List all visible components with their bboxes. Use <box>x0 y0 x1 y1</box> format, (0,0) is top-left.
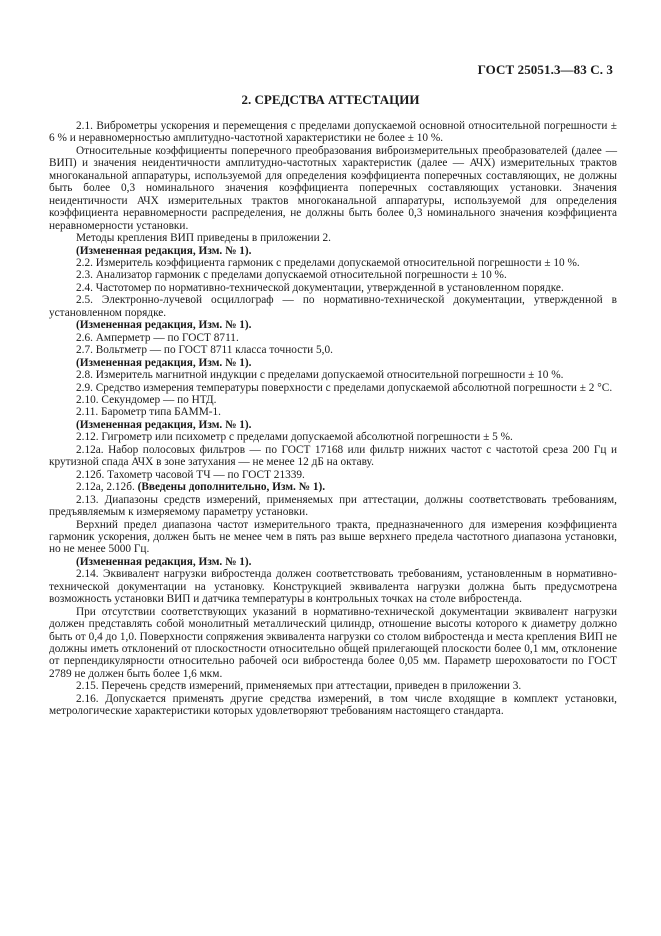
amendment-note: (Измененная редакция, Изм. № 1). <box>49 419 617 431</box>
paragraph: 2.5. Электронно-лучевой осциллограф — по… <box>49 294 617 319</box>
amendment-note: (Измененная редакция, Изм. № 1). <box>49 357 617 369</box>
paragraph: 2.16. Допускается применять другие средс… <box>49 693 617 718</box>
paragraph: 2.2. Измеритель коэффициента гармоник с … <box>49 257 617 269</box>
paragraph: 2.10. Секундомер — по НТД. <box>49 394 617 406</box>
paragraph: 2.4. Частотомер по нормативно-техническо… <box>49 282 617 294</box>
paragraph: 2.8. Измеритель магнитной индукции с пре… <box>49 369 617 381</box>
paragraph: 2.12а. Набор полосовых фильтров — по ГОС… <box>49 444 617 469</box>
paragraph: 2.12. Гигрометр или психометр с пределам… <box>49 431 617 443</box>
paragraph: 2.1. Виброметры ускорения и перемещения … <box>49 120 617 145</box>
paragraph: 2.15. Перечень средств измерений, примен… <box>49 680 617 692</box>
amendment-note: (Измененная редакция, Изм. № 1). <box>49 556 617 568</box>
paragraph: Методы крепления ВИП приведены в приложе… <box>49 232 617 244</box>
paragraph: Относительные коэффициенты поперечного п… <box>49 145 617 232</box>
paragraph: 2.3. Анализатор гармоник с пределами доп… <box>49 269 617 281</box>
document-page: ГОСТ 25051.3—83 С. 3 2. СРЕДСТВА АТТЕСТА… <box>0 0 661 936</box>
paragraph: 2.12б. Тахометр часовой ТЧ — по ГОСТ 213… <box>49 469 617 481</box>
amendment-note: (Измененная редакция, Изм. № 1). <box>49 245 617 257</box>
paragraph: 2.11. Барометр типа БАММ-1. <box>49 406 617 418</box>
amendment-note: (Введены дополнительно, Изм. № 1). <box>138 481 325 493</box>
paragraph: 2.7. Вольтметр — по ГОСТ 8711 класса точ… <box>49 344 617 356</box>
paragraph: 2.9. Средство измерения температуры пове… <box>49 382 617 394</box>
amendment-note: (Измененная редакция, Изм. № 1). <box>49 319 617 331</box>
document-body: 2.1. Виброметры ускорения и перемещения … <box>49 120 617 718</box>
clause-ref: 2.12а, 2.12б. <box>76 481 138 493</box>
paragraph: 2.14. Эквивалент нагрузки вибростенда до… <box>49 568 617 605</box>
section-title: 2. СРЕДСТВА АТТЕСТАЦИИ <box>0 92 661 108</box>
paragraph: Верхний предел диапазона частот измерите… <box>49 519 617 556</box>
paragraph: 2.12а, 2.12б. (Введены дополнительно, Из… <box>49 481 617 493</box>
paragraph: 2.13. Диапазоны средств измерений, приме… <box>49 494 617 519</box>
paragraph: При отсутствии соответствующих указаний … <box>49 606 617 681</box>
paragraph: 2.6. Амперметр — по ГОСТ 8711. <box>49 332 617 344</box>
page-header-doc-ref: ГОСТ 25051.3—83 С. 3 <box>478 62 613 78</box>
